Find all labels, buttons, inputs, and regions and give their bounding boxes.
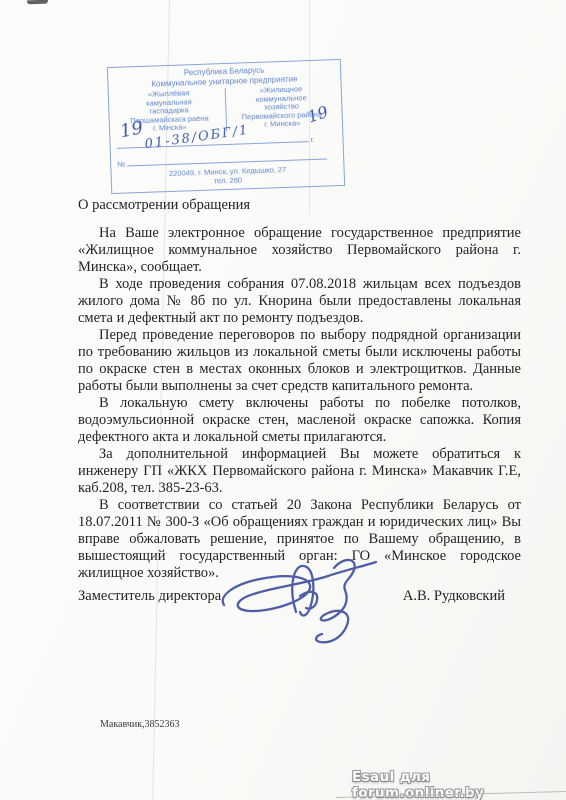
paragraph-3: Перед проведение переговоров по выбору п… bbox=[78, 327, 521, 395]
paragraph-4: В локальную смету включены работы по поб… bbox=[78, 395, 521, 446]
organization-stamp: Республика Беларусь Коммунальное унитарн… bbox=[107, 59, 345, 194]
scan-artifact-mark bbox=[27, 0, 48, 4]
signature-block: Заместитель директора А.В. Рудковский bbox=[78, 588, 521, 605]
handwritten-day: 19 bbox=[118, 117, 144, 142]
letter-subject: О рассмотрении обращения bbox=[78, 197, 521, 214]
signer-name: А.В. Рудковский bbox=[403, 588, 505, 605]
executor-note: Макавчик,3852363 bbox=[100, 719, 180, 730]
paragraph-5: За дополнительной информацией Вы можете … bbox=[78, 446, 521, 497]
paragraph-2: В ходе проведения собрания 07.08.2018 жи… bbox=[78, 276, 521, 327]
paragraph-6: В соответствии со статьей 20 Закона Респ… bbox=[78, 497, 521, 582]
letter-body: О рассмотрении обращения На Ваше электро… bbox=[78, 197, 521, 605]
paragraph-1: На Ваше электронное обращение государств… bbox=[78, 225, 521, 276]
scanned-letter-page: Республика Беларусь Коммунальное унитарн… bbox=[0, 0, 566, 800]
stamp-number-prefix: № bbox=[117, 159, 125, 168]
signer-role: Заместитель директора bbox=[78, 588, 221, 605]
stamp-date-suffix: г. bbox=[311, 134, 315, 143]
